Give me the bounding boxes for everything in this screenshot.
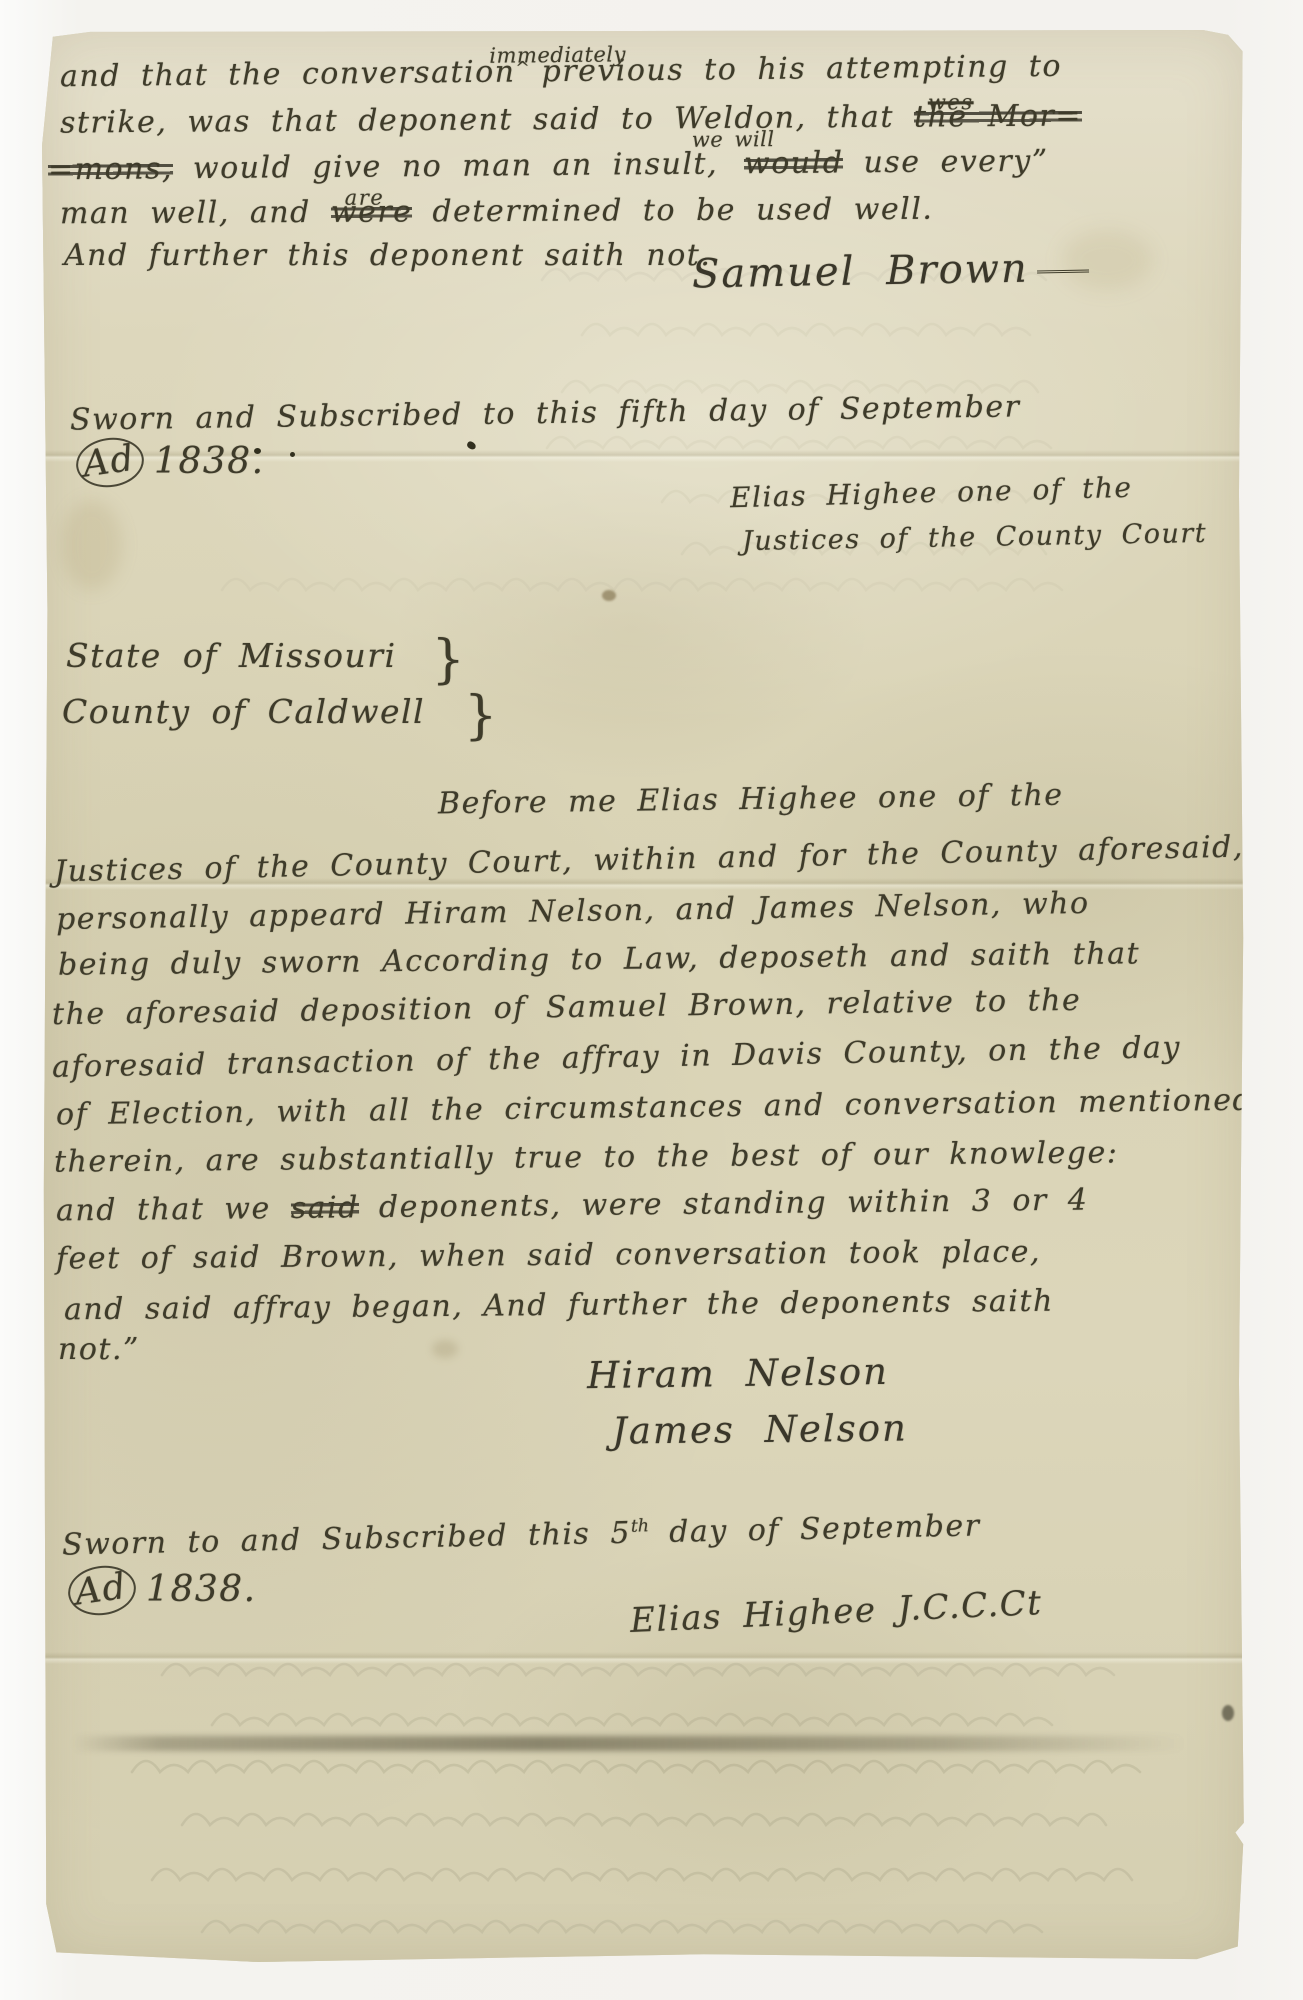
inserted-word: are (345, 186, 385, 210)
deposition-line-3: =mons, would give no man an insult,we wi… (48, 144, 1049, 188)
ink-speck (1222, 1705, 1234, 1721)
brace-glyph: } (432, 630, 465, 690)
jurat-line-12: not.” (58, 1332, 140, 1367)
struck-word: said (291, 1190, 359, 1226)
attestation1-date-line: Ad1838. (76, 438, 265, 487)
venue-state-line: State of Missouri } (66, 630, 465, 690)
text-run: and that we (56, 1191, 271, 1228)
signature-samuel-brown: Samuel Brown (692, 245, 1089, 298)
insertion-mark: ^immediately (515, 54, 521, 89)
deposition-line-4: man well, and arewere determined to be u… (60, 192, 934, 232)
ordinal-suffix: th (631, 1516, 650, 1536)
ad-monogram: Ad (73, 434, 147, 492)
correction-stack: westhe Mor= (914, 98, 1082, 134)
deposition-line-5: And further this deponent saith not. (64, 238, 711, 273)
attestation2-date-line: Ad1838. (68, 1566, 257, 1615)
struck-inserted-word: wes (928, 90, 974, 114)
text-run: County of Caldwell (62, 692, 425, 731)
attestation1-line-1: Sworn and Subscribed to this fifth day o… (70, 389, 1021, 437)
paper-stain (432, 1340, 458, 1358)
jurat-line-1: Before me Elias Highee one of the (438, 778, 1064, 822)
text-run: and that the conversation (60, 54, 516, 94)
signature-flourish (1037, 270, 1089, 274)
text-run: would give no man an insult, (193, 147, 718, 187)
struck-words: =mons, (48, 151, 173, 187)
paper-stain (62, 500, 122, 590)
text-run: determined to be used well. (432, 192, 933, 230)
jurat-line-5: the aforesaid deposition of Samuel Brown… (52, 983, 1082, 1032)
brace-glyph: } (464, 686, 497, 746)
ink-smudge-band (72, 1736, 1185, 1751)
attestation2-line-1: Sworn to and Subscribed this 5th day of … (62, 1508, 981, 1562)
jurat-line-10: feet of said Brown, when said conversati… (56, 1235, 1041, 1277)
attestation2-officer-signature: Elias Highee J.C.C.Ct (629, 1583, 1043, 1641)
scanned-manuscript-page: { "glyphs": { "caret": "^", "brace": "}"… (0, 0, 1303, 2000)
manuscript-paper: and that the conversation^immediately pr… (42, 30, 1245, 1962)
text-run: day of September (669, 1508, 981, 1550)
jurat-line-11: and said affray began, And further the d… (64, 1284, 1054, 1328)
paper-stain (602, 590, 616, 601)
text-run: Sworn to and Subscribed this 5 (62, 1516, 632, 1563)
text-run: man well, and (60, 195, 311, 231)
paper-fold-crease (42, 1652, 1245, 1664)
text-run: State of Missouri (66, 636, 397, 675)
jurat-line-7: of Election, with all the circumstances … (56, 1083, 1254, 1133)
jurat-line-4: being duly sworn According to Law, depos… (58, 936, 1140, 982)
jurat-line-3: personally appeard Hiram Nelson, and Jam… (56, 886, 1090, 937)
signature-james-nelson: James Nelson (612, 1406, 908, 1452)
signature-text: Samuel Brown (692, 246, 1029, 298)
signature-hiram-nelson: Hiram Nelson (587, 1350, 889, 1397)
jurat-line-6: aforesaid transaction of the affray in D… (52, 1030, 1181, 1085)
text-run: use every” (863, 144, 1048, 181)
correction-stack: arewere (331, 194, 413, 229)
attestation1-officer-line-1: Elias Highee one of the (730, 471, 1133, 515)
inserted-word: immediately (489, 42, 626, 67)
text-run: deponents, were standing within 3 or 4 (379, 1183, 1089, 1225)
jurat-line-8: therein, are substantially true to the b… (54, 1135, 1119, 1179)
venue-county-line: County of Caldwell } (62, 686, 497, 746)
inserted-words: we will (692, 127, 775, 152)
deposition-line-1: and that the conversation^immediately pr… (60, 49, 1062, 94)
ink-blot (290, 452, 295, 457)
jurat-line-2: Justices of the County Court, within and… (54, 830, 1244, 890)
jurat-line-9: and that we said deponents, were standin… (56, 1183, 1089, 1229)
ad-monogram: Ad (65, 1562, 139, 1620)
year-text: 1838. (146, 1569, 257, 1610)
year-text: 1838. (154, 441, 265, 482)
ink-blot (466, 440, 477, 450)
deposition-line-2: strike, was that deponent said to Weldon… (60, 98, 1082, 140)
attestation1-officer-line-2: Justices of the County Court (742, 518, 1208, 557)
